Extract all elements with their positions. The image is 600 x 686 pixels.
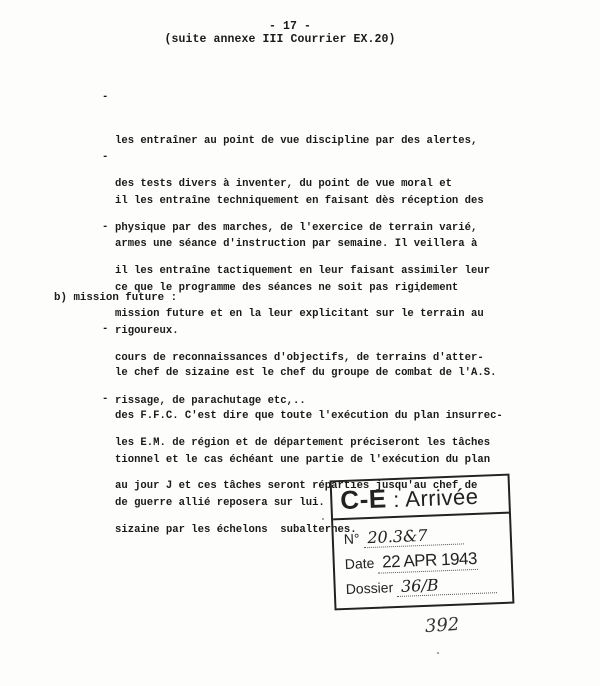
- page-subtitle: (suite annexe III Courrier EX.20): [0, 33, 600, 46]
- item-line: mission future et en la leur explicitant…: [115, 307, 542, 322]
- arrival-stamp: C-E : Arrivée N° 20.3&7 Date 22 APR 1943…: [330, 474, 515, 611]
- item-line: le chef de sizaine est le chef du groupe…: [115, 366, 542, 381]
- bullet-dash: -: [102, 90, 108, 105]
- item-line: il les entraîne tactiquement en leur fai…: [115, 264, 542, 279]
- item-line: il les entraîne techniquement en faisant…: [115, 194, 542, 209]
- item-line: les E.M. de région et de département pré…: [115, 436, 542, 451]
- stamp-dossier-row: Dossier 36/B: [345, 573, 497, 599]
- stamp-date-label: Date: [344, 555, 374, 572]
- stamp-number-label: N°: [344, 530, 360, 547]
- page-header: - 17 - (suite annexe III Courrier EX.20): [0, 20, 600, 46]
- scan-speck: [322, 518, 324, 520]
- bullet-dash: -: [102, 220, 108, 235]
- bullet-dash: -: [102, 322, 108, 337]
- item-line: les entraîner au point de vue discipline…: [115, 134, 542, 149]
- stamp-title-suffix: : Arrivée: [393, 484, 479, 512]
- stamp-dossier-label: Dossier: [345, 579, 393, 597]
- scan-speck: [437, 652, 439, 654]
- bullet-dash: -: [102, 392, 108, 407]
- stamp-title-prefix: C-E: [340, 483, 387, 515]
- document-page: - 17 - (suite annexe III Courrier EX.20)…: [0, 0, 600, 686]
- stamp-title: C-E : Arrivée: [332, 476, 509, 521]
- stamp-date-value: 22 APR 1943: [378, 549, 479, 574]
- stamp-date-row: Date 22 APR 1943: [344, 549, 478, 575]
- page-number: - 17 -: [0, 20, 600, 33]
- bullet-dash: -: [102, 150, 108, 165]
- scan-speck: [418, 290, 420, 292]
- stamp-dossier-value: 36/B: [397, 573, 498, 597]
- stamp-number-value: 20.3&7: [363, 524, 464, 548]
- stamp-number-row: N° 20.3&7: [343, 524, 463, 549]
- handwritten-page-note: 392: [424, 614, 460, 637]
- section-b-heading: b) mission future :: [54, 291, 177, 305]
